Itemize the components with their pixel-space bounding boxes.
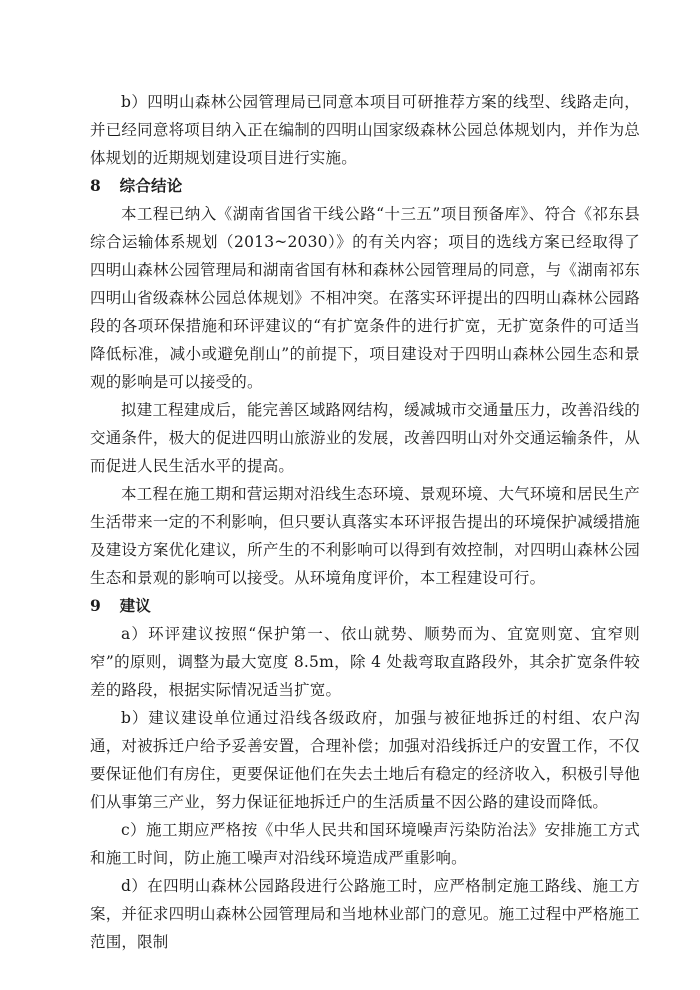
section-9-item-a: a）环评建议按照“保护第一、依山就势、顺势而为、宜宽则宽、宜窄则窄”的原则，调整… — [90, 620, 640, 704]
section-8-paragraph-2: 拟建工程建成后，能完善区域路网结构，缓减城市交通量压力，改善沿线的交通条件，极大… — [90, 396, 640, 480]
section-8-heading: 8综合结论 — [90, 172, 640, 200]
section-8-paragraph-1: 本工程已纳入《湖南省国省干线公路“十三五”项目预备库》、符合《祁东县综合运输体系… — [90, 200, 640, 396]
section-9-item-c: c）施工期应严格按《中华人民共和国环境噪声污染防治法》安排施工方式和施工时间，防… — [90, 816, 640, 872]
document-body: b）四明山森林公园管理局已同意本项目可研推荐方案的线型、线路走向，并已经同意将项… — [90, 88, 640, 956]
section-8-title: 综合结论 — [120, 176, 183, 195]
section-9-heading: 9建议 — [90, 592, 640, 620]
section-9-item-d: d）在四明山森林公园路段进行公路施工时，应严格制定施工路线、施工方案，并征求四明… — [90, 872, 640, 956]
section-9-title: 建议 — [120, 596, 151, 615]
document-page: b）四明山森林公园管理局已同意本项目可研推荐方案的线型、线路走向，并已经同意将项… — [0, 0, 700, 990]
section-8-number: 8 — [90, 172, 101, 200]
section-8-paragraph-3: 本工程在施工期和营运期对沿线生态环境、景观环境、大气环境和居民生产生活带来一定的… — [90, 480, 640, 592]
paragraph-item-b-previous-section: b）四明山森林公园管理局已同意本项目可研推荐方案的线型、线路走向，并已经同意将项… — [90, 88, 640, 172]
section-9-item-b: b）建议建设单位通过沿线各级政府，加强与被征地拆迁的村组、农户沟通，对被拆迁户给… — [90, 704, 640, 816]
section-9-number: 9 — [90, 592, 101, 620]
